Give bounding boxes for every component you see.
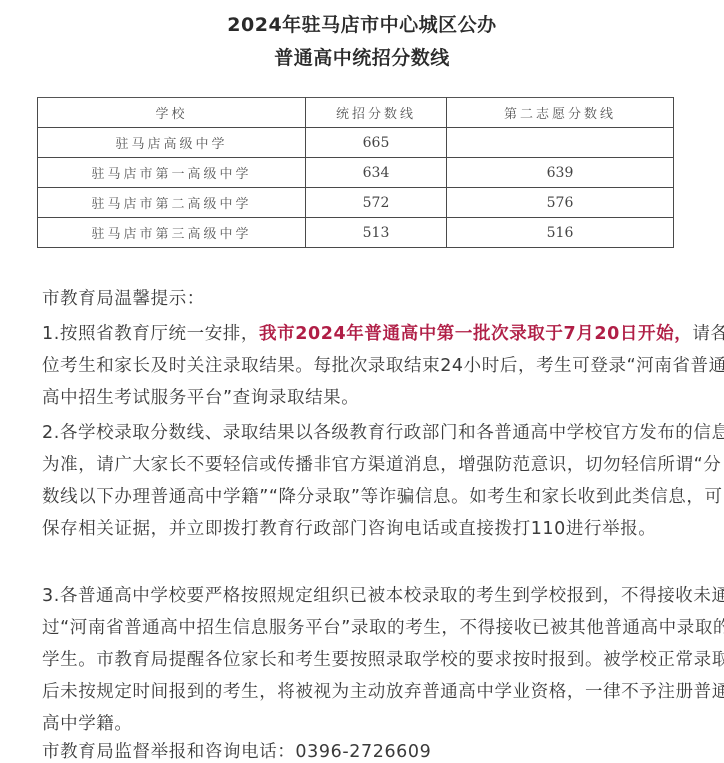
header-school: 学校: [38, 98, 306, 128]
unified-score: 665: [306, 128, 447, 158]
admission-date-highlight: 我市2024年普通高中第一批次录取于7月20日开始，: [259, 324, 692, 344]
school-name: 驻马店高级中学: [38, 128, 306, 158]
second-choice-score: 576: [447, 188, 674, 218]
notice-item-3: 3.各普通高中学校要严格按照规定组织已被本校录取的考生到学校报到，不得接收未通过…: [14, 580, 724, 740]
unified-score: 634: [306, 158, 447, 188]
document-title-line1: 2024年驻马店市中心城区公办: [0, 10, 724, 37]
notice-heading: 市教育局温馨提示：: [14, 283, 724, 315]
table-row: 驻马店高级中学 665: [38, 128, 674, 158]
notice-item-1: 1.按照省教育厅统一安排，我市2024年普通高中第一批次录取于7月20日开始，请…: [14, 318, 724, 414]
header-unified-score: 统招分数线: [306, 98, 447, 128]
second-choice-score: 639: [447, 158, 674, 188]
unified-score: 513: [306, 218, 447, 248]
header-second-choice-score: 第二志愿分数线: [447, 98, 674, 128]
hotline-text: 市教育局监督举报和咨询电话：0396-2726609: [14, 736, 724, 763]
document-title-line2: 普通高中统招分数线: [0, 43, 724, 70]
score-table: 学校 统招分数线 第二志愿分数线 驻马店高级中学 665 驻马店市第一高级中学 …: [37, 97, 674, 248]
second-choice-score: [447, 128, 674, 158]
school-name: 驻马店市第三高级中学: [38, 218, 306, 248]
school-name: 驻马店市第二高级中学: [38, 188, 306, 218]
unified-score: 572: [306, 188, 447, 218]
notice-item-2: 2.各学校录取分数线、录取结果以各级教育行政部门和各普通高中学校官方发布的信息为…: [14, 417, 724, 545]
table-row: 驻马店市第三高级中学 513 516: [38, 218, 674, 248]
second-choice-score: 516: [447, 218, 674, 248]
table-row: 驻马店市第一高级中学 634 639: [38, 158, 674, 188]
school-name: 驻马店市第一高级中学: [38, 158, 306, 188]
table-row: 驻马店市第二高级中学 572 576: [38, 188, 674, 218]
notice-item-1-prefix: 1.按照省教育厅统一安排，: [42, 324, 259, 344]
table-header-row: 学校 统招分数线 第二志愿分数线: [38, 98, 674, 128]
